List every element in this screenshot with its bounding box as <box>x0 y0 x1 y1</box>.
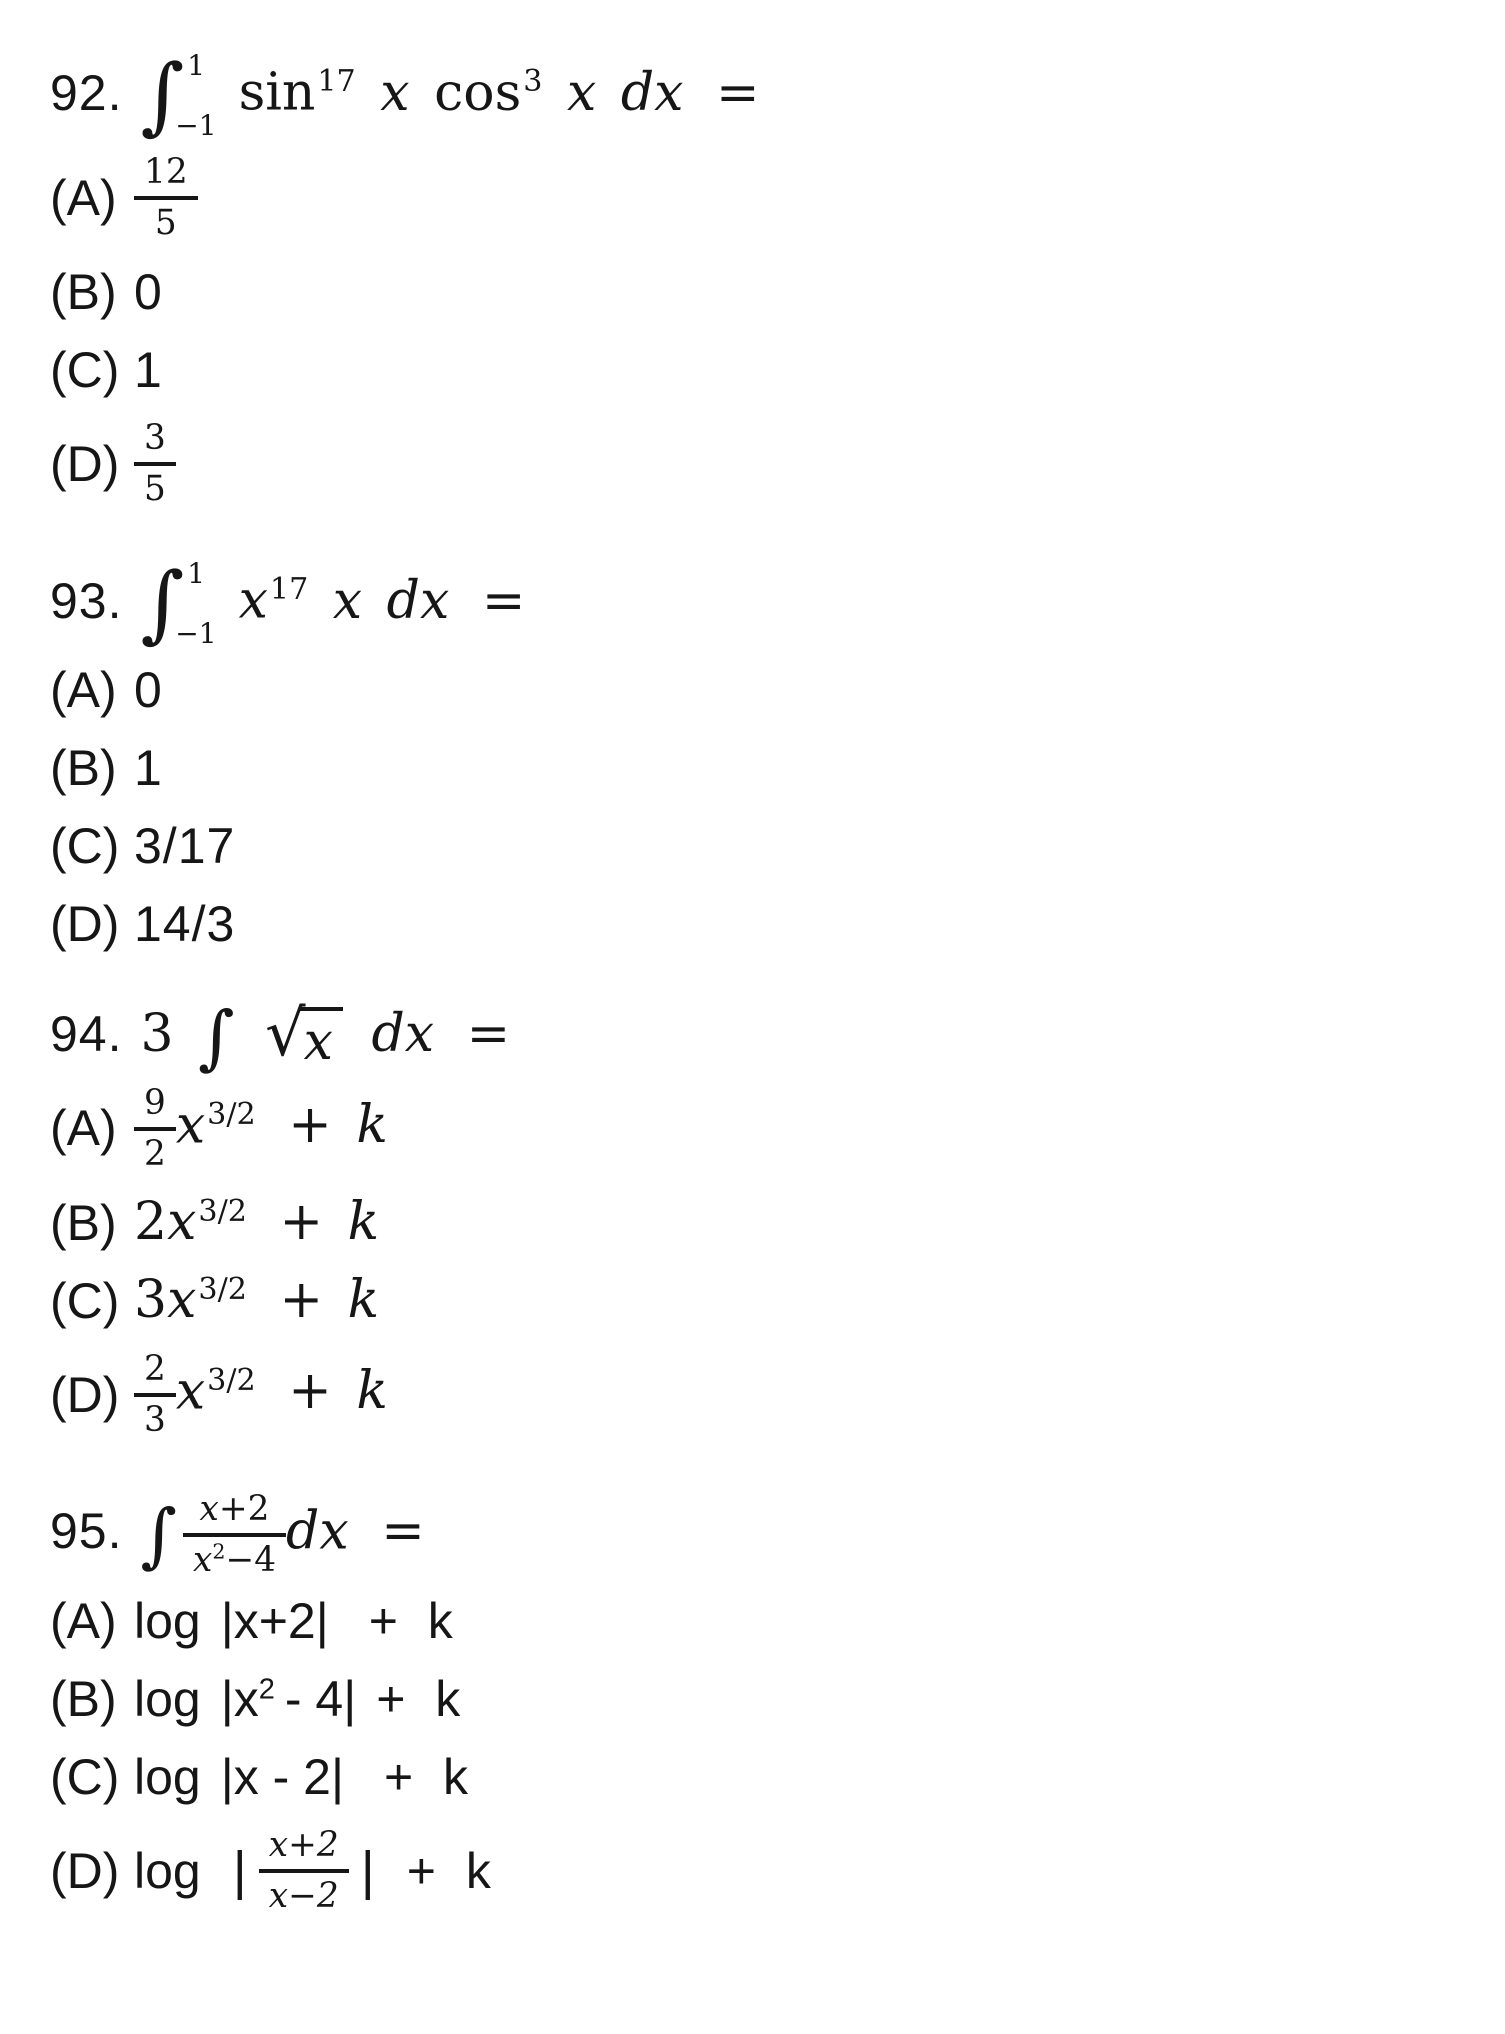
abs-open-x: |x <box>221 1671 259 1727</box>
abs-bar-close: | <box>361 1843 375 1900</box>
fraction: x+2x−2 <box>259 1827 349 1915</box>
option-letter: (B) <box>50 1197 134 1250</box>
fraction: 125 <box>134 154 198 242</box>
question-92-formula: ∫1−1sin17 x cos3 x dx = <box>141 52 760 140</box>
question-93-formula: ∫1−1x17 x dx = <box>141 560 526 648</box>
option-95-C: (C) log |x - 2| + k <box>50 1749 1475 1805</box>
fraction-numerator: 3 <box>134 420 176 462</box>
option-95-A: (A) log |x+2| + k <box>50 1593 1475 1649</box>
question-94-stem: 94.3 ∫ √x dx = <box>50 1004 1475 1071</box>
option-92-D: (D) 35 <box>50 420 1475 508</box>
abs-rest: - 4| <box>285 1671 356 1727</box>
constant-k: k <box>356 1361 388 1421</box>
option-formula: 92x3/2 + k <box>134 1085 388 1173</box>
option-formula: 2x3/2 + k <box>134 1195 379 1250</box>
differential-dx: dx <box>387 571 450 631</box>
differential-dx: dx <box>286 1501 349 1561</box>
fraction-numerator: x+2 <box>259 1827 349 1869</box>
fraction-denominator: 3 <box>134 1397 176 1439</box>
variable-x: x <box>380 63 409 123</box>
coefficient: 3 <box>141 1004 174 1064</box>
option-92-C: (C) 1 <box>50 342 1475 398</box>
plus-sign: + <box>280 1192 324 1252</box>
option-value: 3/17 <box>134 820 235 873</box>
definite-integral: ∫1−1 <box>141 560 229 648</box>
fraction-numerator: 12 <box>134 154 198 196</box>
variable-x: x <box>239 571 268 631</box>
definite-integral: ∫1−1 <box>141 52 229 140</box>
cos-function: cos <box>434 63 521 123</box>
option-letter: (C) <box>50 820 134 873</box>
option-value: 1 <box>134 742 163 795</box>
integral-sign: ∫ <box>141 1494 177 1576</box>
plus-k: + k <box>376 1673 460 1726</box>
plus-k: + k <box>369 1595 453 1648</box>
question-92-stem: 92.∫1−1sin17 x cos3 x dx = <box>50 52 1475 140</box>
variable-x: x <box>193 1540 212 1580</box>
option-letter: (A) <box>50 172 134 225</box>
sin-exponent: 17 <box>317 64 355 99</box>
equals-sign: = <box>482 571 526 631</box>
variable-x: x <box>333 571 362 631</box>
option-letter: (B) <box>50 742 134 795</box>
x-exponent: 2 <box>259 1673 275 1705</box>
option-formula: 125 <box>134 154 198 242</box>
option-92-A: (A) 125 <box>50 154 1475 242</box>
option-93-D: (D) 14/3 <box>50 896 1475 952</box>
equals-sign: = <box>716 63 760 123</box>
option-formula: 23x3/2 + k <box>134 1351 388 1439</box>
option-value: 1 <box>134 344 163 397</box>
variable-x: x <box>176 1361 205 1421</box>
x-exponent: 17 <box>270 572 308 607</box>
option-formula: 3x3/2 + k <box>134 1273 379 1328</box>
constant-k: k <box>348 1270 380 1330</box>
log-function: log <box>134 1751 201 1804</box>
differential-dx: dx <box>621 63 684 123</box>
question-95-formula: ∫x+2x2−4dx = <box>141 1491 425 1579</box>
option-letter: (C) <box>50 1275 134 1328</box>
fraction-denominator: x2−4 <box>183 1537 286 1579</box>
option-94-B: (B) 2x3/2 + k <box>50 1195 1475 1251</box>
option-92-B: (B) 0 <box>50 264 1475 320</box>
option-95-D: (D) log | x+2x−2 | + k <box>50 1827 1475 1915</box>
integral-lower-limit: −1 <box>175 620 216 648</box>
exam-page: 92.∫1−1sin17 x cos3 x dx = (A) 125 (B) 0… <box>50 52 1475 1915</box>
constant-k: k <box>356 1095 388 1155</box>
radicand-x: x <box>300 1007 343 1070</box>
option-94-D: (D) 23x3/2 + k <box>50 1351 1475 1439</box>
option-value: 0 <box>134 664 163 717</box>
abs-expression: |x2- 4| <box>221 1673 356 1726</box>
abs-expression: |x+2| <box>221 1595 329 1648</box>
variable-x: x <box>567 63 596 123</box>
variable-x: x <box>200 1489 219 1529</box>
option-94-A: (A) 92x3/2 + k <box>50 1085 1475 1173</box>
question-93-stem: 93.∫1−1x17 x dx = <box>50 560 1475 648</box>
question-94-number: 94. <box>50 1006 123 1062</box>
integral-upper-limit: 1 <box>187 52 228 80</box>
x-exponent: 3/2 <box>198 1272 247 1307</box>
option-93-B: (B) 1 <box>50 740 1475 796</box>
option-letter: (D) <box>50 898 134 951</box>
fraction: 23 <box>134 1351 176 1439</box>
option-94-C: (C) 3x3/2 + k <box>50 1273 1475 1329</box>
integral-sign: ∫ <box>198 996 234 1078</box>
question-92: 92.∫1−1sin17 x cos3 x dx = (A) 125 (B) 0… <box>50 52 1475 508</box>
log-function: log <box>134 1845 201 1898</box>
fraction-numerator: 9 <box>134 1085 176 1127</box>
option-value: 14/3 <box>134 898 235 951</box>
question-94-formula: 3 ∫ √x dx = <box>141 1004 511 1071</box>
question-92-number: 92. <box>50 65 123 121</box>
log-function: log <box>134 1595 201 1648</box>
denominator-rest: −4 <box>225 1540 276 1580</box>
plus-sign: + <box>280 1270 324 1330</box>
variable-x: x <box>176 1095 205 1155</box>
fraction: 92 <box>134 1085 176 1173</box>
integral-limits: 1−1 <box>187 560 228 648</box>
plus-k: + k <box>384 1751 468 1804</box>
equals-sign: = <box>381 1501 425 1561</box>
option-letter: (C) <box>50 1751 134 1804</box>
question-95-stem: 95.∫x+2x2−4dx = <box>50 1491 1475 1579</box>
integral-upper-limit: 1 <box>187 560 228 588</box>
x-exponent: 3/2 <box>198 1194 247 1229</box>
abs-bar-open: | <box>233 1843 247 1900</box>
x-exponent: 3/2 <box>207 1363 256 1398</box>
variable-x: x <box>167 1192 196 1252</box>
option-93-A: (A) 0 <box>50 662 1475 718</box>
integral-lower-limit: −1 <box>175 112 216 140</box>
option-93-C: (C) 3/17 <box>50 818 1475 874</box>
numerator-rest: +2 <box>219 1489 270 1529</box>
option-letter: (C) <box>50 344 134 397</box>
x-exponent: 3/2 <box>207 1097 256 1132</box>
sin-function: sin <box>239 63 316 123</box>
fraction: 35 <box>134 420 176 508</box>
variable-x: x <box>167 1270 196 1330</box>
question-93: 93.∫1−1x17 x dx = (A) 0 (B) 1 (C) 3/17 (… <box>50 560 1475 952</box>
fraction-numerator: 2 <box>134 1351 176 1393</box>
option-letter: (D) <box>50 1369 134 1422</box>
option-formula: x+2x−2 <box>259 1827 349 1915</box>
question-95-number: 95. <box>50 1503 123 1559</box>
coefficient: 3 <box>134 1270 167 1330</box>
constant-k: k <box>348 1192 380 1252</box>
integral-limits: 1−1 <box>187 52 228 140</box>
abs-expression: |x - 2| <box>221 1751 344 1804</box>
differential-dx: dx <box>371 1004 434 1064</box>
question-93-number: 93. <box>50 573 123 629</box>
fraction-denominator: 5 <box>134 466 176 508</box>
fraction-denominator: 5 <box>145 200 187 242</box>
cos-exponent: 3 <box>523 64 542 99</box>
option-formula: 35 <box>134 420 176 508</box>
option-95-B: (B) log |x2- 4| + k <box>50 1671 1475 1727</box>
option-letter: (A) <box>50 664 134 717</box>
plus-sign: + <box>288 1361 332 1421</box>
square-root: √x <box>265 1007 343 1070</box>
plus-sign: + <box>288 1095 332 1155</box>
fraction-numerator: x+2 <box>190 1491 280 1533</box>
fraction-denominator: 2 <box>134 1131 176 1173</box>
equals-sign: = <box>467 1004 511 1064</box>
option-letter: (D) <box>50 438 134 491</box>
coefficient: 2 <box>134 1192 167 1252</box>
question-94: 94.3 ∫ √x dx = (A) 92x3/2 + k (B) 2x3/2 … <box>50 1004 1475 1439</box>
option-letter: (B) <box>50 1673 134 1726</box>
x-exponent: 2 <box>212 1539 225 1563</box>
question-95: 95.∫x+2x2−4dx = (A) log |x+2| + k (B) lo… <box>50 1491 1475 1915</box>
option-letter: (B) <box>50 266 134 319</box>
option-value: 0 <box>134 266 163 319</box>
option-letter: (A) <box>50 1102 134 1155</box>
fraction: x+2x2−4 <box>183 1491 286 1579</box>
option-letter: (A) <box>50 1595 134 1648</box>
fraction-denominator: x−2 <box>259 1873 349 1915</box>
option-letter: (D) <box>50 1845 134 1898</box>
log-function: log <box>134 1673 201 1726</box>
plus-k: + k <box>407 1845 491 1898</box>
